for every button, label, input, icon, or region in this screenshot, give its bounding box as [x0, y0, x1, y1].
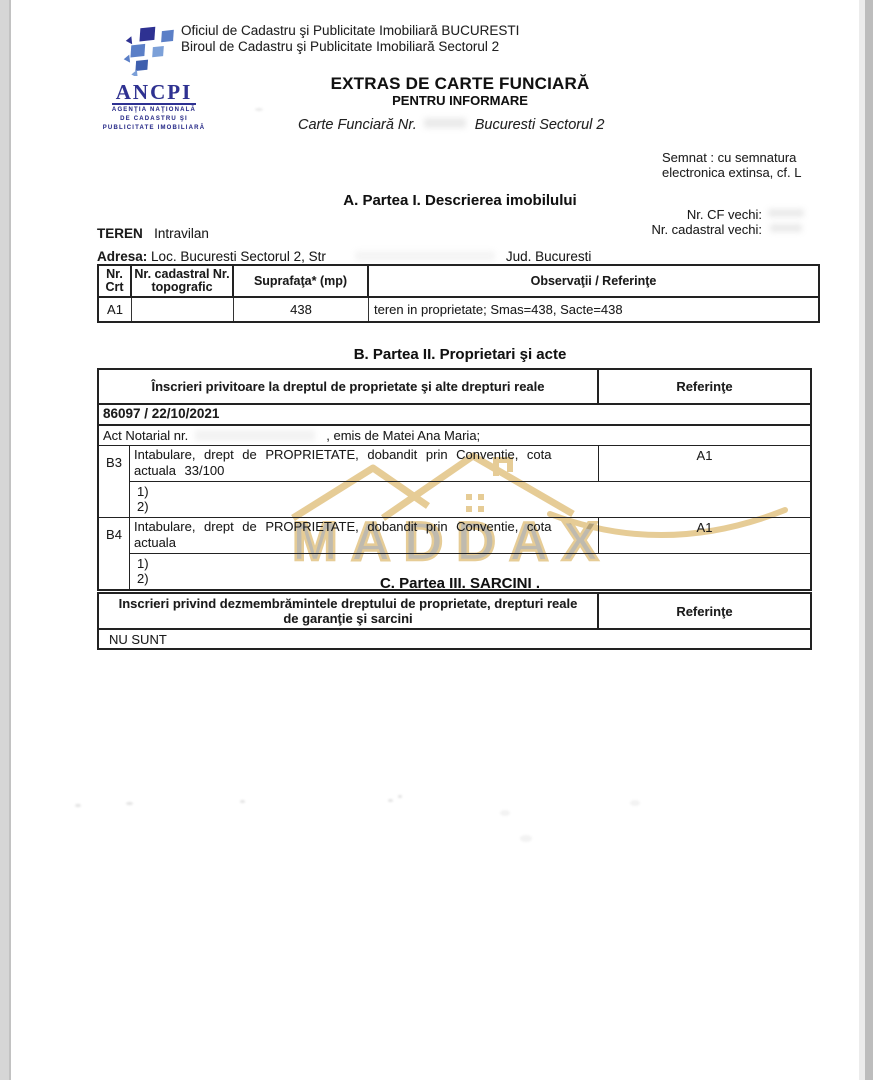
page-edge-right: [857, 0, 873, 1080]
owners-table-header: Înscrieri privitoare la dreptul de propr…: [99, 370, 810, 405]
scan-speck: [240, 800, 245, 803]
redacted-street-value: [355, 251, 495, 261]
redacted-act-number: [195, 430, 315, 441]
scan-speck: [126, 802, 133, 805]
nr-cf-vechi-label: Nr. CF vechi:: [540, 207, 762, 222]
registration-number: 86097 / 22/10/2021: [99, 405, 810, 426]
entry-b3-referinte: A1: [599, 446, 810, 482]
scan-speck: [398, 795, 402, 798]
entry-b4-owner-1: 1): [137, 556, 810, 571]
office-line2: Biroul de Cadastru şi Publicitate Imobil…: [181, 39, 519, 55]
sarcini-header-inscrieri: Inscrieri privind dezmembrămintele drept…: [99, 594, 599, 628]
entry-b4-text-line2: actuala: [134, 535, 594, 551]
sarcini-header-referinte: Referinţe: [599, 594, 810, 628]
document-subtitle: PENTRU INFORMARE: [90, 93, 830, 108]
signature-note-line1: Semnat : cu semnatura: [662, 150, 801, 165]
adresa-line: Adresa: Loc. Bucuresti Sectorul 2, Str J…: [97, 249, 591, 264]
parcel-observatii: teren in proprietate; Smas=438, Sacte=43…: [369, 298, 818, 321]
ancpi-subtitle-line3: PUBLICITATE IMOBILIARĂ: [98, 125, 210, 132]
issuing-office: Oficiul de Cadastru şi Publicitate Imobi…: [181, 23, 519, 55]
redacted-cf-vechi-value: [768, 209, 804, 217]
parcel-table-header: Nr. Crt Nr. cadastral Nr. topografic Sup…: [99, 266, 818, 298]
entry-b4-referinte: A1: [599, 518, 810, 554]
teren-line: TEREN Intravilan: [97, 226, 209, 241]
parcel-header-nr-cadastral: Nr. cadastral Nr. topografic: [132, 266, 234, 296]
entry-b3-text: Intabulare, drept de PROPRIETATE, doband…: [130, 446, 599, 482]
sarcini-table-header: Inscrieri privind dezmembrămintele drept…: [99, 594, 810, 630]
sarcini-table: Inscrieri privind dezmembrămintele drept…: [97, 592, 812, 650]
office-line1: Oficiul de Cadastru şi Publicitate Imobi…: [181, 23, 519, 39]
entry-b3-text-line2: actuala 33/100: [134, 463, 594, 479]
teren-value: Intravilan: [154, 226, 209, 241]
adresa-jud: Jud. Bucuresti: [506, 249, 592, 264]
parcel-nr-crt: A1: [99, 298, 132, 321]
signature-note: Semnat : cu semnatura electronica extins…: [662, 150, 801, 180]
adresa-label: Adresa:: [97, 249, 147, 264]
parcel-suprafata: 438: [234, 298, 369, 321]
parcel-nr-cadastral: [132, 298, 234, 321]
entry-b4-text: Intabulare, drept de PROPRIETATE, doband…: [130, 518, 599, 554]
sarcini-row: NU SUNT: [99, 630, 810, 648]
owners-header-referinte: Referinţe: [599, 370, 810, 403]
section-b-title: B. Partea II. Proprietari şi acte: [90, 346, 830, 363]
scan-speck: [255, 108, 263, 111]
carte-funciara-location: Bucuresti Sectorul 2: [475, 117, 605, 133]
ancpi-subtitle-line1: AGENŢIA NAŢIONALĂ: [98, 107, 210, 114]
entry-b3-owners: 1) 2): [130, 482, 810, 517]
entry-b3-owner-1: 1): [137, 484, 810, 499]
old-numbers: Nr. CF vechi: Nr. cadastral vechi:: [540, 207, 762, 237]
scan-speck: [75, 804, 81, 807]
adresa-value: Loc. Bucuresti Sectorul 2, Str: [151, 249, 326, 264]
entry-b3-id: B3: [99, 446, 130, 517]
nr-cadastral-vechi-label: Nr. cadastral vechi:: [540, 222, 762, 237]
redacted-cadastral-vechi-value: [770, 224, 802, 232]
signature-note-line2: electronica extinsa, cf. L: [662, 165, 801, 180]
owners-table: Înscrieri privitoare la dreptul de propr…: [97, 368, 812, 591]
teren-label: TEREN: [97, 226, 143, 241]
parcel-table-row: A1 438 teren in proprietate; Smas=438, S…: [99, 298, 818, 321]
page-edge-left: [0, 0, 12, 1080]
scan-speck: [500, 810, 510, 816]
act-prefix: Act Notarial nr.: [103, 428, 188, 443]
document-title: EXTRAS DE CARTE FUNCIARĂ: [90, 74, 830, 94]
act-suffix: , emis de Matei Ana Maria;: [326, 428, 480, 443]
entry-b3-owner-2: 2): [137, 499, 810, 514]
land-registry-document: MADDAX ANCPI AGENŢIA NAŢIONALĂ DE CADAST…: [0, 0, 873, 1080]
parcel-header-suprafata: Suprafaţa* (mp): [234, 266, 369, 296]
redacted-cf-number: [424, 118, 466, 128]
owners-header-inscrieri: Înscrieri privitoare la dreptul de propr…: [99, 370, 599, 403]
parcel-header-nr-crt: Nr. Crt: [99, 266, 132, 296]
ancpi-logo-icon: [119, 26, 189, 76]
parcel-table: Nr. Crt Nr. cadastral Nr. topografic Sup…: [97, 264, 820, 323]
ancpi-subtitle-line2: DE CADASTRU ŞI: [98, 116, 210, 123]
carte-funciara-label: Carte Funciară Nr.: [298, 117, 417, 133]
entry-b4-text-line1: Intabulare, drept de PROPRIETATE, doband…: [134, 519, 594, 535]
parcel-header-observatii: Observaţii / Referinţe: [369, 266, 818, 296]
entry-b3-text-line1: Intabulare, drept de PROPRIETATE, doband…: [134, 447, 594, 463]
section-c-title: C. Partea III. SARCINI .: [90, 575, 830, 592]
scan-speck: [388, 799, 393, 802]
scan-speck: [630, 800, 640, 806]
entry-b3: B3 Intabulare, drept de PROPRIETATE, dob…: [99, 446, 810, 518]
scan-speck: [520, 835, 532, 842]
